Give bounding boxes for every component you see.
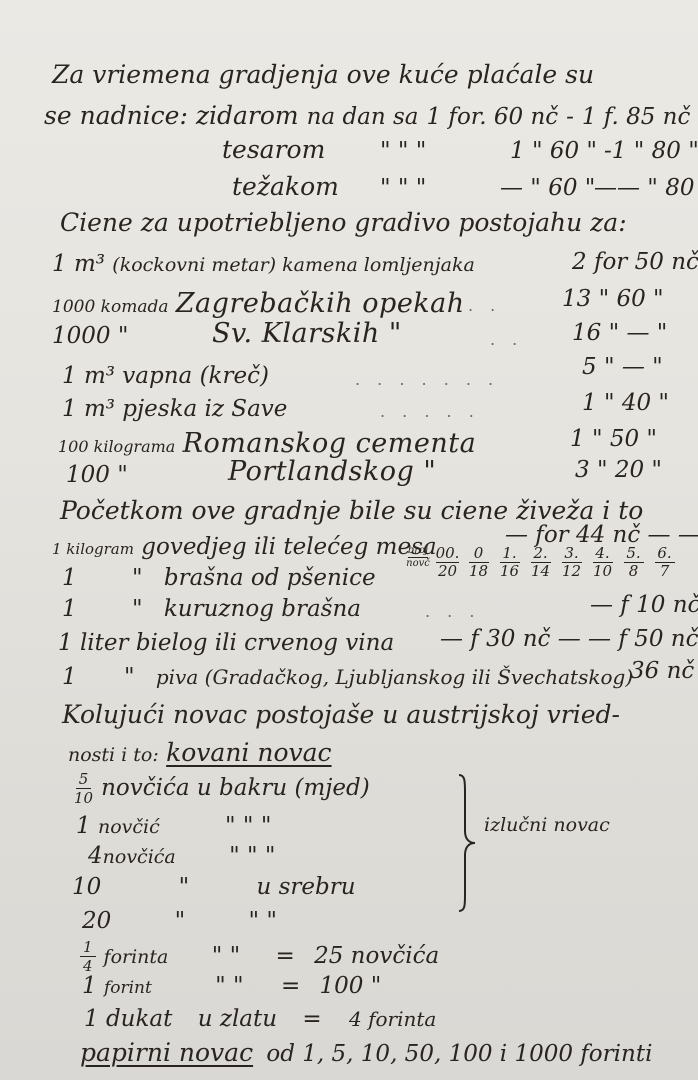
- food-qty: 1: [62, 664, 77, 690]
- equivalent-row: 1 forint " " = 100 ": [82, 975, 381, 998]
- grade-price: 8: [618, 563, 649, 580]
- coin-amount: 1: [76, 813, 91, 839]
- material-price: 2 for 50 nč: [572, 251, 698, 274]
- grade-price: 18: [463, 563, 494, 580]
- grade-number: 6.: [655, 545, 675, 563]
- food-qty: 1: [62, 565, 77, 591]
- flour-grade: 6.7: [649, 545, 680, 581]
- material-desc: Romanskog cementa: [183, 428, 477, 459]
- flour-grade: 00.20: [432, 545, 463, 581]
- material-price: 16 " — ": [572, 322, 667, 345]
- grade-number: 00.: [436, 545, 460, 563]
- material-row: 1 m³ pjeska iz Save: [62, 398, 287, 421]
- food-ditto: ": [132, 565, 143, 591]
- material-desc: Portlandskog ": [228, 458, 436, 485]
- flour-grade: 3.12: [556, 545, 587, 581]
- wage-ditto: " " ": [380, 140, 426, 163]
- wages-intro-line2: se nadnice: zidarom na dan sa 1 for. 60 …: [44, 103, 690, 129]
- coin-desc: " " ": [225, 813, 271, 839]
- food-qty: 1: [62, 596, 77, 622]
- material-qty: 1 m³: [52, 251, 105, 277]
- material-desc: pjeska iz Save: [122, 396, 287, 422]
- material-price: 3 " 20 ": [575, 459, 662, 482]
- equivalent-amount: 1: [84, 1006, 99, 1032]
- fraction-denominator: 4: [83, 957, 93, 974]
- currency-heading-line1: Kolujući novac postojaše u austrijskoj v…: [62, 702, 620, 727]
- grade-label: broj: [408, 545, 428, 558]
- grade-number: 2.: [531, 545, 551, 563]
- wage-from: 1 for. 60 nč: [426, 104, 558, 130]
- price-label: novč: [404, 558, 432, 570]
- leader-dots: . .: [490, 332, 523, 348]
- fraction: 14: [80, 940, 96, 974]
- flour-grade: 2.14: [525, 545, 556, 581]
- coin-unit: ": [179, 874, 190, 900]
- equivalent-amount: 1: [82, 973, 97, 999]
- food-heading: Početkom ove gradnje bile su ciene živež…: [60, 498, 643, 523]
- coin-desc: " ": [249, 908, 277, 934]
- material-qty: 1000 ": [52, 325, 128, 348]
- leader-dots: . . .: [425, 604, 480, 620]
- coin-desc: u bakru (mjed): [197, 775, 370, 801]
- food-desc: brašna od pšenice: [164, 565, 376, 591]
- grade-price: 12: [556, 563, 587, 580]
- brace-label: izlučni novac: [484, 816, 610, 835]
- wage-to: —— " 80 ": [594, 177, 698, 200]
- food-price-range: — f 30 nč — — f 50 nč: [440, 628, 698, 651]
- equivalent-row: 1 dukat u zlatu = 4 forinta: [84, 1008, 436, 1031]
- material-row: 1000 komada Zagrebačkih opekah: [52, 290, 465, 317]
- material-row: 1 m³ vapna (kreč): [62, 365, 269, 388]
- paper-money-label: papirni novac: [80, 1038, 253, 1067]
- material-qty: 100 ": [66, 464, 128, 487]
- coin-row: 20 " " ": [82, 910, 277, 933]
- currency-prefix: nosti i to:: [68, 744, 159, 766]
- material-qty: 100 kilograma: [58, 437, 175, 456]
- equivalent-value: 4 forinta: [349, 1007, 436, 1031]
- food-corn-row: 1 " kuruznog brašna: [62, 598, 361, 621]
- coin-amount: 10: [72, 874, 101, 900]
- equivalent-value: 25 novčića: [314, 943, 439, 969]
- flour-grade-table: broj novč 00.20 018 1.16 2.14 3.12 4.10 …: [404, 545, 680, 581]
- food-desc: piva (Gradačkog, Ljubljanskog ili Švecha…: [156, 665, 633, 689]
- coin-unit: ": [175, 908, 186, 934]
- material-row: 100 kilograma Romanskog cementa: [58, 430, 476, 457]
- grade-price: 7: [649, 563, 680, 580]
- material-price: 1 " 50 ": [570, 428, 657, 451]
- food-price: — f 10 nč: [590, 594, 698, 617]
- flour-grade: 4.10: [587, 545, 618, 581]
- leader-dots: . . . . .: [380, 404, 480, 420]
- coin-row: 1 novčić " " ": [76, 815, 271, 838]
- material-row: 1 m³ (kockovni metar) kamena lomljenjaka: [52, 253, 475, 276]
- material-desc: vapna (kreč): [122, 363, 269, 389]
- equivalent-row: 14forinta " " = 25 novčića: [80, 940, 439, 974]
- grade-price: 20: [432, 563, 463, 580]
- material-qty: 1000 komada: [52, 297, 168, 317]
- equals-sign: =: [281, 973, 300, 999]
- coin-row: 10 " u srebru: [72, 876, 356, 899]
- wage-to-value: 1 " 80 ": [612, 138, 698, 164]
- food-qty: 1 liter: [58, 630, 129, 656]
- leader-dots: . .: [468, 298, 501, 314]
- food-price: 36 nč: [630, 660, 694, 683]
- coin-row: 510novčića u bakru (mjed): [74, 772, 370, 806]
- wage-to: 1 f. 85 nč: [582, 104, 691, 130]
- wage-row-tezakom: težakom: [232, 174, 339, 199]
- grade-number: 3.: [562, 545, 582, 563]
- food-desc: bielog ili crvenog vina: [136, 630, 394, 656]
- wage-to-value: — " 80 ": [617, 175, 698, 201]
- grade-number: 5.: [624, 545, 644, 563]
- coin-amount: 20: [82, 908, 111, 934]
- paper-money-values: od 1, 5, 10, 50, 100 i 1000 forinti: [266, 1041, 652, 1067]
- curly-brace-icon: [455, 773, 477, 913]
- currency-heading-line2: nosti i to: kovani novac: [68, 740, 332, 766]
- equivalent-unit: forinta: [104, 946, 169, 968]
- material-price: 13 " 60 ": [562, 288, 664, 311]
- equivalent-ditto: u zlatu: [198, 1006, 277, 1032]
- material-desc: Zagrebačkih opekah: [176, 288, 465, 319]
- fraction-numerator: 1: [80, 940, 96, 957]
- equivalent-unit: forint: [104, 978, 152, 998]
- wage-ditto: na dan sa: [307, 104, 419, 130]
- coin-unit: novčića: [103, 846, 176, 868]
- materials-heading: Ciene za upotriebljeno gradivo postojahu…: [60, 210, 627, 235]
- food-beer-row: 1 " piva (Gradačkog, Ljubljanskog ili Šv…: [62, 666, 633, 689]
- flour-grade-labels: broj novč: [404, 545, 432, 581]
- wage-row-tesarom: tesarom: [222, 137, 325, 162]
- fraction-denominator: 10: [74, 789, 93, 806]
- grade-price: 10: [587, 563, 618, 580]
- equals-sign: =: [276, 943, 295, 969]
- coin-unit: novčić: [98, 816, 160, 838]
- food-flour-row: 1 " brašna od pšenice: [62, 567, 376, 590]
- wage-trade: zidarom: [196, 101, 299, 130]
- food-qty: 1 kilogram: [52, 540, 134, 558]
- equivalent-value: 100 ": [320, 973, 382, 999]
- fraction: 510: [74, 772, 93, 806]
- coin-row: 4novčića " " ": [88, 845, 275, 868]
- paper-money-row: papirni novac od 1, 5, 10, 50, 100 i 100…: [80, 1040, 652, 1066]
- material-qty: 1 m³: [62, 396, 115, 422]
- material-price: 5 " — ": [582, 356, 663, 379]
- grade-number: 0: [469, 545, 489, 563]
- grade-number: 4.: [593, 545, 613, 563]
- equals-sign: =: [302, 1006, 321, 1032]
- material-qty: 1 m³: [62, 363, 115, 389]
- grade-price: 14: [525, 563, 556, 580]
- coin-desc: " " ": [229, 843, 275, 869]
- equivalent-unit: dukat: [106, 1006, 172, 1032]
- coin-unit: novčića: [101, 775, 190, 801]
- handwritten-page: Za vriemena gradjenja ove kuće plaćale s…: [0, 0, 698, 1080]
- coin-amount: 4: [88, 843, 103, 869]
- grade-price: 16: [494, 563, 525, 580]
- coins-label: kovani novac: [166, 738, 331, 767]
- food-price-to: — f 50 nč: [588, 626, 698, 652]
- wages-intro-line1: Za vriemena gradjenja ove kuće plaćale s…: [52, 62, 594, 87]
- material-price: 1 " 40 ": [582, 392, 669, 415]
- wage-from: 1 " 60 ": [510, 140, 597, 163]
- material-desc: Sv. Klarskih ": [212, 320, 402, 347]
- coin-desc: u srebru: [257, 874, 356, 900]
- food-price-from: — f 30 nč: [440, 626, 550, 652]
- wage-ditto: " " ": [380, 177, 426, 200]
- food-meat-row: 1 kilogram govedjeg ili telećeg mesa: [52, 536, 437, 559]
- flour-grade: 5.8: [618, 545, 649, 581]
- wage-from: — " 60 ": [500, 177, 595, 200]
- wages-prefix: se nadnice:: [44, 101, 188, 130]
- fraction-numerator: 5: [76, 772, 92, 789]
- flour-grade: 1.16: [494, 545, 525, 581]
- food-price-to: — f 60 nč: [678, 522, 698, 548]
- equivalent-ditto: " ": [212, 943, 240, 969]
- equivalent-ditto: " ": [215, 973, 243, 999]
- flour-grade: 018: [463, 545, 494, 581]
- food-ditto: ": [124, 664, 135, 690]
- food-wine-row: 1 liter bielog ili crvenog vina: [58, 632, 394, 655]
- food-desc: kuruznog brašna: [164, 596, 361, 622]
- leader-dots: . . . . . . .: [355, 372, 499, 388]
- material-desc: (kockovni metar) kamena lomljenjaka: [112, 254, 475, 276]
- wage-to: -1 " 80 ": [604, 140, 698, 163]
- food-desc: govedjeg ili telećeg mesa: [141, 534, 436, 560]
- grade-number: 1.: [500, 545, 520, 563]
- food-ditto: ": [132, 596, 143, 622]
